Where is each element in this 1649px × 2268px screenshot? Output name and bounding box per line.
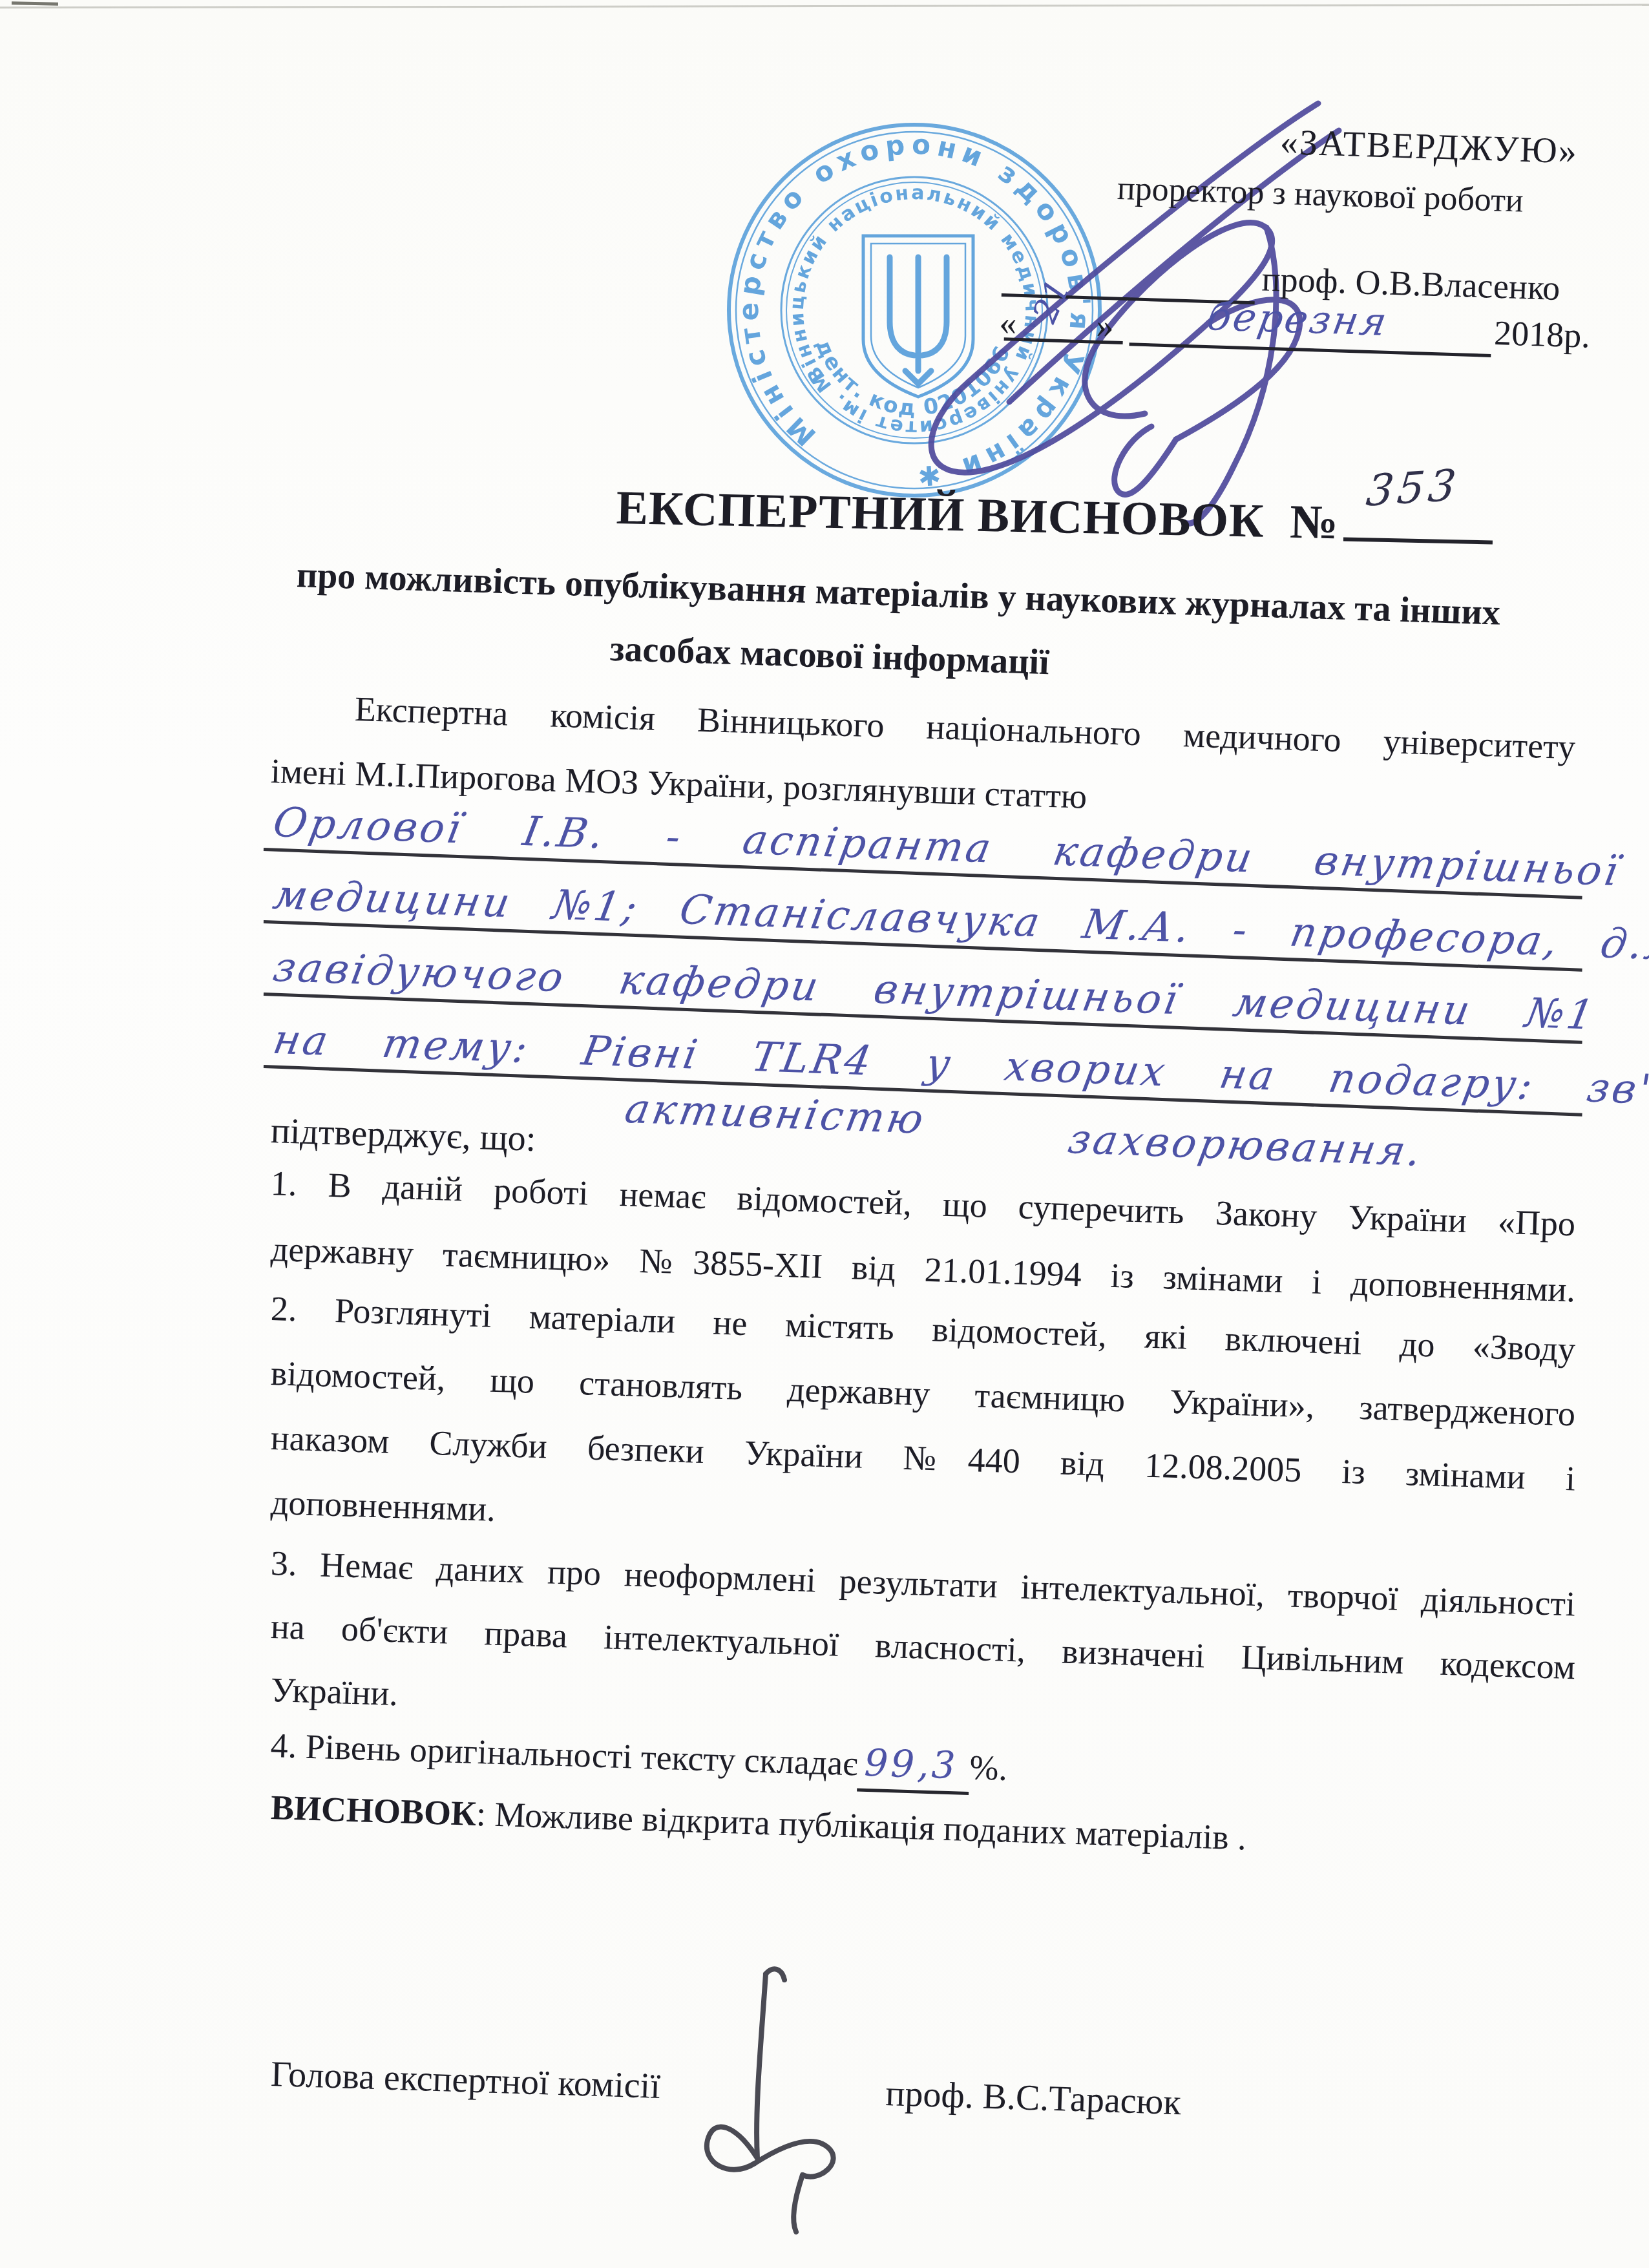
item1-line-1: 1. В даній роботі немає відомостей, що с… bbox=[270, 1163, 1576, 1244]
date-year: 2018р. bbox=[1493, 313, 1590, 356]
subtitle-line-1: про можливість опублікування матеріалів … bbox=[296, 554, 1501, 634]
item4-line: 4. Рівень оригінальності тексту складає9… bbox=[270, 1723, 1008, 1789]
conclusion-label: ВИСНОВОК bbox=[270, 1788, 477, 1833]
committee-head-role: Голова експертної комісії bbox=[270, 2054, 661, 2106]
conclusion-line: ВИСНОВОК: Можливе відкрита публікація по… bbox=[270, 1787, 1247, 1858]
document-number-sign: № bbox=[1289, 496, 1339, 550]
document-number-handwritten: 353 bbox=[1363, 461, 1462, 516]
document-number-field: 353 bbox=[1347, 485, 1500, 542]
confirms-line: підтверджує, що: bbox=[270, 1110, 536, 1160]
item2-line-3: наказом Служби безпеки України №440 від … bbox=[270, 1418, 1576, 1499]
approval-date-line: « 21 » березня 2018р. . bbox=[999, 292, 1009, 332]
document-title: ЕКСПЕРТНИЙ ВИСНОВОК bbox=[616, 481, 1265, 548]
document-title-line: ЕКСПЕРТНИЙ ВИСНОВОК № 353 bbox=[616, 469, 1500, 554]
footer-line: Голова експертної комісії проф. В.С.Тара… bbox=[270, 2053, 1582, 2136]
item4-text: 4. Рівень оригінальності тексту складає bbox=[270, 1726, 858, 1783]
item4-suffix: %. bbox=[969, 1748, 1008, 1788]
scan-edge-line bbox=[0, 4, 1649, 8]
item3-line-2: на об'єкти права інтелектуальної власнос… bbox=[270, 1606, 1576, 1688]
scanned-document-page: Міністерство охорони здоров'я України ✱ … bbox=[0, 0, 1649, 2268]
handwritten-word-activity: активністю bbox=[622, 1085, 930, 1143]
originality-value-handwritten: 99,3 bbox=[857, 1741, 971, 1795]
handwritten-word-disease: захворювання. bbox=[1064, 1116, 1427, 1175]
intro-line-1: Експертна комісія Вінницького національн… bbox=[270, 686, 1576, 768]
date-month-handwritten: березня bbox=[1204, 295, 1392, 344]
item2-line-4: доповненнями. bbox=[270, 1482, 496, 1529]
conclusion-text: : Можливе відкрита публікація поданих ма… bbox=[476, 1794, 1247, 1857]
document-number-underline bbox=[1343, 538, 1493, 545]
item3-line-3: України. bbox=[270, 1670, 399, 1714]
subtitle-line-2: засобах масової інформації bbox=[609, 628, 1050, 684]
committee-head-signature bbox=[653, 1964, 885, 2242]
committee-head-name: проф. В.С.Тарасюк bbox=[885, 2073, 1182, 2124]
scan-corner-mark bbox=[12, 1, 58, 5]
item2-line-2: відомостей, що становлять державну таємн… bbox=[270, 1353, 1576, 1434]
